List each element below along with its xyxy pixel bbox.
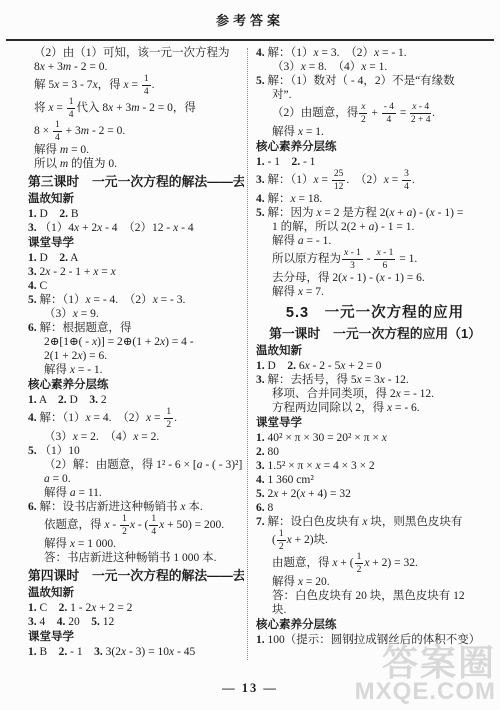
- answer-line: 去分母，得 2(x - 1) - (x - 1) = 6.: [256, 271, 494, 285]
- page-footer: — 13 —: [0, 681, 500, 696]
- answer-line: 1. B 2. - 1 3. 3(2x - 3) = 10x - 45: [28, 645, 242, 659]
- fraction: 12: [164, 407, 173, 430]
- answer-line: 1 的解，所以 2(2 + a) - 1 = 1.: [256, 220, 494, 234]
- answer-line: 1. A 2. D 3. 2: [28, 393, 242, 407]
- left-column: （2）由（1）可知，该一元一次方程为8x + 3m - 2 = 0.解 5x =…: [28, 46, 244, 666]
- right-column: 4. 解：（1）x = 3. （2）x = - 1.（3）x = 8. （4）x…: [251, 46, 494, 666]
- page-title: 参考答案: [216, 13, 284, 28]
- answer-line: 移项、合并同类项，得 2x = - 12.: [256, 387, 494, 401]
- answer-line: 1. D 2. A: [28, 251, 242, 265]
- answer-line: 7. 解：设白色皮块有 x 块，则黑色皮块有: [256, 515, 494, 529]
- answer-columns: （2）由（1）可知，该一元一次方程为8x + 3m - 2 = 0.解 5x =…: [28, 46, 494, 666]
- fraction: 2512: [332, 169, 346, 192]
- fraction: 12: [120, 514, 129, 537]
- answer-line: 5. 2x + 2(x + 4) = 32: [256, 487, 494, 501]
- answer-line: （2）解：由题意，得 1² - 6 × [a - ( - 3)²] +: [28, 458, 242, 472]
- answer-line: 1. D 2. 6x - 2 - 5x + 2 = 0: [256, 359, 494, 373]
- answer-line: 解得 a = 11.: [28, 486, 242, 500]
- answer-line: 2(1 + 2x) = 6.: [28, 349, 242, 363]
- header-rule: [6, 39, 494, 41]
- fraction: 12: [355, 552, 364, 575]
- page-number: — 13 —: [222, 681, 278, 695]
- answer-line: 5. （1）10: [28, 444, 242, 458]
- answer-line: 解得 x = 1 000.: [28, 537, 242, 551]
- fraction: x2: [359, 102, 367, 125]
- answer-line: 6. 8: [256, 501, 494, 515]
- answer-line: （3）x = 8. （4）x = 1.: [256, 60, 494, 74]
- answer-line: 8x + 3m - 2 = 0.: [28, 60, 242, 74]
- subsection-heading: 核心素养分层练: [256, 140, 494, 154]
- page-header: 参考答案: [0, 10, 500, 30]
- answer-line: （3）x = 9.: [28, 307, 242, 321]
- subsection-heading: 课堂导学: [28, 630, 242, 644]
- answer-line: 3. 4 4. 20 5. 12: [28, 615, 242, 629]
- fraction: 12: [277, 529, 286, 552]
- subsection-heading: 课堂导学: [28, 236, 242, 250]
- answer-line: 解得 x = - 1.: [28, 363, 242, 377]
- subsection-heading: 核心素养分层练: [256, 618, 494, 632]
- answer-line: 所以 m 的值为 0.: [28, 157, 242, 171]
- answer-line: （2）由题意，得x2 + - 44 = x - 42 + 4.: [256, 102, 494, 125]
- answer-line: 答：书店新进这种畅销书 1 000 本.: [28, 551, 242, 565]
- answer-line: 解得 x = 1.: [256, 125, 494, 139]
- answer-line: 6. 解：根据题意，得: [28, 321, 242, 335]
- answer-line: a = 0.: [28, 472, 242, 486]
- answer-line: （3）x = 2. （4）x = 2.: [28, 430, 242, 444]
- fraction: 14: [67, 97, 76, 120]
- answer-line: 解得 x = 20.: [256, 575, 494, 589]
- answer-line: 解得 x = 7.: [256, 285, 494, 299]
- answer-line: 1. C 2. 1 - 2x + 2 = 2: [28, 601, 242, 615]
- fraction: 14: [149, 514, 158, 537]
- column-divider: [247, 48, 248, 660]
- answer-line: 将 x = 14代入 8x + 3m - 2 = 0，得: [28, 97, 242, 120]
- fraction: x - 42 + 4: [410, 102, 431, 125]
- answer-line: 块.: [256, 603, 494, 617]
- subsection-heading: 温故知新: [256, 344, 494, 358]
- answer-line: 所以原方程为x - 13 - x - 16 = 1.: [256, 248, 494, 271]
- answer-line: 3. （1）4x + 2x - 4 （2）12 - x - 4: [28, 221, 242, 235]
- answer-line: 1. - 1 2. - 1: [256, 155, 494, 169]
- answer-line: 3. 解：去括号，得 5x = 3x - 12.: [256, 373, 494, 387]
- answer-line: 1. 40² × π × 30 = 20² × π × x: [256, 431, 494, 445]
- answer-line: 解得 a = - 1.: [256, 234, 494, 248]
- answer-line: 5. 解：因为 x = 2 是方程 2(x + a) - (x - 1) =: [256, 206, 494, 220]
- answer-line: 方程两边同除以 2，得 x = - 6.: [256, 401, 494, 415]
- answer-line: 4. 解：x = 18.: [256, 192, 494, 206]
- answer-line: 3. 2x - 2 - 1 + x = x: [28, 265, 242, 279]
- fraction: x - 13: [342, 248, 363, 271]
- fraction: 34: [402, 169, 411, 192]
- lesson-title: 第三课时 一元一次方程的解法——去括号: [28, 174, 242, 190]
- answer-line: 对”.: [256, 88, 494, 102]
- answer-line: 1. D 2. B: [28, 207, 242, 221]
- answer-line: 4. C: [28, 279, 242, 293]
- section-title: 5.3 一元一次方程的应用: [256, 303, 494, 323]
- answer-line: （2）由（1）可知，该一元一次方程为: [28, 46, 242, 60]
- answer-line: 5. 解：（1）数对（ - 4，2）不是“有缘数: [256, 74, 494, 88]
- answer-line: 解得 m = 0.: [28, 143, 242, 157]
- fraction: - 44: [382, 102, 396, 125]
- answer-page: 参考答案 （2）由（1）可知，该一元一次方程为8x + 3m - 2 = 0.解…: [0, 0, 500, 710]
- lesson-title: 第一课时 一元一次方程的应用（1）: [256, 326, 494, 342]
- answer-line: 6. 解：设书店新进这种畅销书 x 本.: [28, 500, 242, 514]
- answer-line: 3. 1.5² × π × x = 4 × 3 × 2: [256, 459, 494, 473]
- answer-line: 3. 解：（1）x = 2512. （2）x = 34.: [256, 169, 494, 192]
- answer-line: 5. 解：（1）x = - 4. （2）x = - 3.: [28, 293, 242, 307]
- fraction: 14: [142, 74, 151, 97]
- answer-line: 答：白色皮块有 20 块，黑色皮块有 12: [256, 589, 494, 603]
- answer-line: 依题意，得 x - 12x - (14x + 50) = 200.: [28, 514, 242, 537]
- fraction: 14: [53, 120, 62, 143]
- answer-line: (12x + 2)块.: [256, 529, 494, 552]
- lesson-title: 第四课时 一元一次方程的解法——去分母: [28, 568, 242, 584]
- subsection-heading: 核心素养分层练: [28, 378, 242, 392]
- answer-line: 4. 解：（1）x = 4. （2）x = 12.: [28, 407, 242, 430]
- answer-line: 8 × 14 + 3m - 2 = 0.: [28, 120, 242, 143]
- answer-line: 2. 80: [256, 445, 494, 459]
- answer-line: 1. 100（提示：圆钢拉成钢丝后的体积不变）: [256, 633, 494, 647]
- fraction: x - 16: [374, 248, 395, 271]
- answer-line: 2⊕[1⊕( - x)] = 2⊕(1 + 2x) = 4 -: [28, 335, 242, 349]
- answer-line: 4. 解：（1）x = 3. （2）x = - 1.: [256, 46, 494, 60]
- subsection-heading: 课堂导学: [256, 416, 494, 430]
- answer-line: 由题意，得 x + (12x + 2) = 32.: [256, 552, 494, 575]
- subsection-heading: 温故知新: [28, 192, 242, 206]
- answer-line: 解 5x = 3 - 7x，得 x = 14.: [28, 74, 242, 97]
- answer-line: 4. 1 360 cm²: [256, 473, 494, 487]
- subsection-heading: 温故知新: [28, 586, 242, 600]
